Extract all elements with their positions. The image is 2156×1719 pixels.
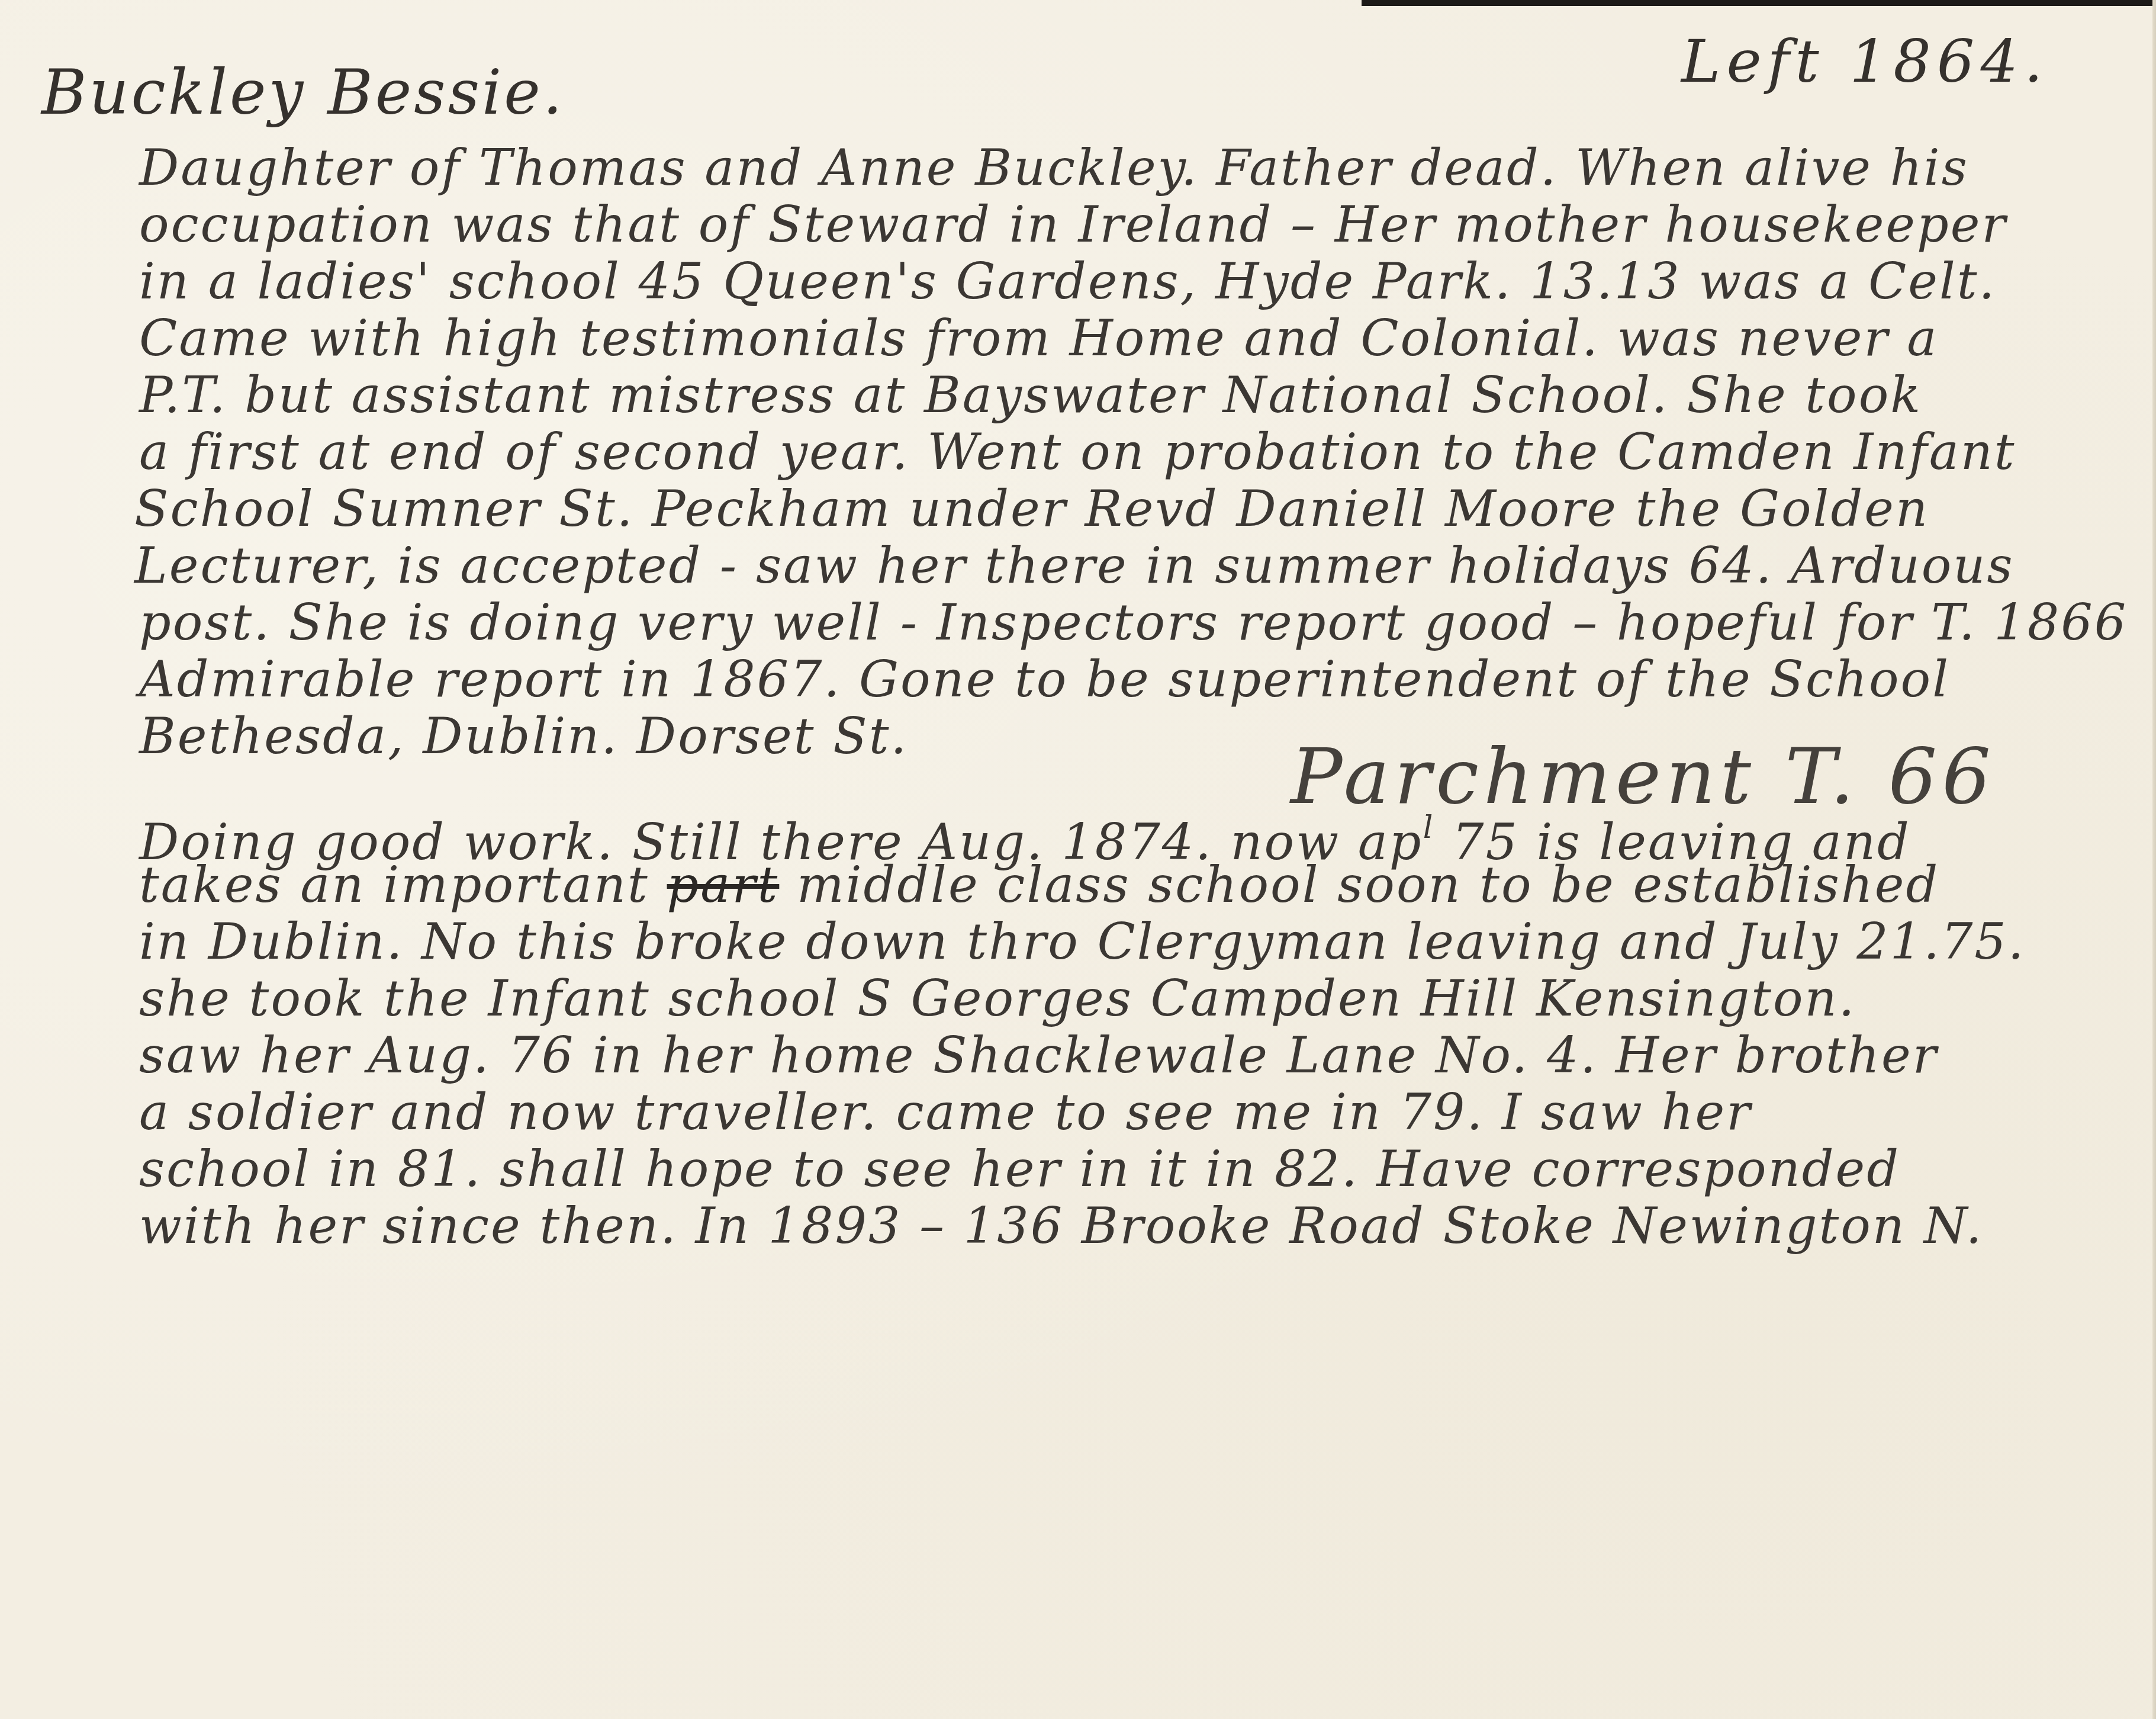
text-line: takes an important part middle class sch… bbox=[139, 856, 2026, 913]
paragraph-later-notes: Doing good work. Still there Aug. 1874. … bbox=[139, 799, 2026, 1254]
scan-border-top bbox=[1362, 0, 2156, 6]
struck-out-word: part bbox=[667, 856, 780, 914]
text-line: Came with high testimonials from Home an… bbox=[139, 310, 2128, 367]
text-line: Daughter of Thomas and Anne Buckley. Fat… bbox=[139, 139, 2128, 196]
text-line: Admirable report in 1867. Gone to be sup… bbox=[139, 651, 2128, 708]
text-fragment: middle class school soon to be establish… bbox=[779, 856, 1939, 914]
superscript-fragment: l bbox=[1423, 810, 1435, 846]
text-fragment: takes an important bbox=[139, 856, 667, 914]
text-line: Doing good work. Still there Aug. 1874. … bbox=[139, 799, 2026, 856]
text-line: P.T. but assistant mistress at Bayswater… bbox=[139, 367, 2128, 423]
text-line: a first at end of second year. Went on p… bbox=[139, 423, 2128, 480]
text-line: a soldier and now traveller. came to see… bbox=[139, 1084, 2026, 1140]
paragraph-biography: Daughter of Thomas and Anne Buckley. Fat… bbox=[139, 139, 2128, 764]
text-line: school in 81. shall hope to see her in i… bbox=[139, 1140, 2026, 1197]
text-line: with her since then. In 1893 – 136 Brook… bbox=[139, 1197, 2026, 1254]
text-line: Lecturer, is accepted - saw her there in… bbox=[134, 537, 2128, 594]
text-line: in Dublin. No this broke down thro Clerg… bbox=[139, 913, 2026, 970]
text-line: post. She is doing very well - Inspector… bbox=[139, 594, 2128, 651]
entry-name: Buckley Bessie. bbox=[41, 56, 565, 128]
scan-border-right bbox=[2152, 0, 2156, 1719]
left-date: Left 1864. bbox=[1681, 27, 2049, 96]
text-line: School Sumner St. Peckham under Revd Dan… bbox=[134, 480, 2128, 537]
text-line: saw her Aug. 76 in her home Shacklewale … bbox=[139, 1027, 2026, 1084]
register-page: Buckley Bessie. Left 1864. Daughter of T… bbox=[0, 0, 2156, 1719]
text-line: in a ladies' school 45 Queen's Gardens, … bbox=[139, 253, 2128, 310]
text-line: occupation was that of Steward in Irelan… bbox=[139, 196, 2128, 253]
text-line: she took the Infant school S Georges Cam… bbox=[139, 970, 2026, 1027]
